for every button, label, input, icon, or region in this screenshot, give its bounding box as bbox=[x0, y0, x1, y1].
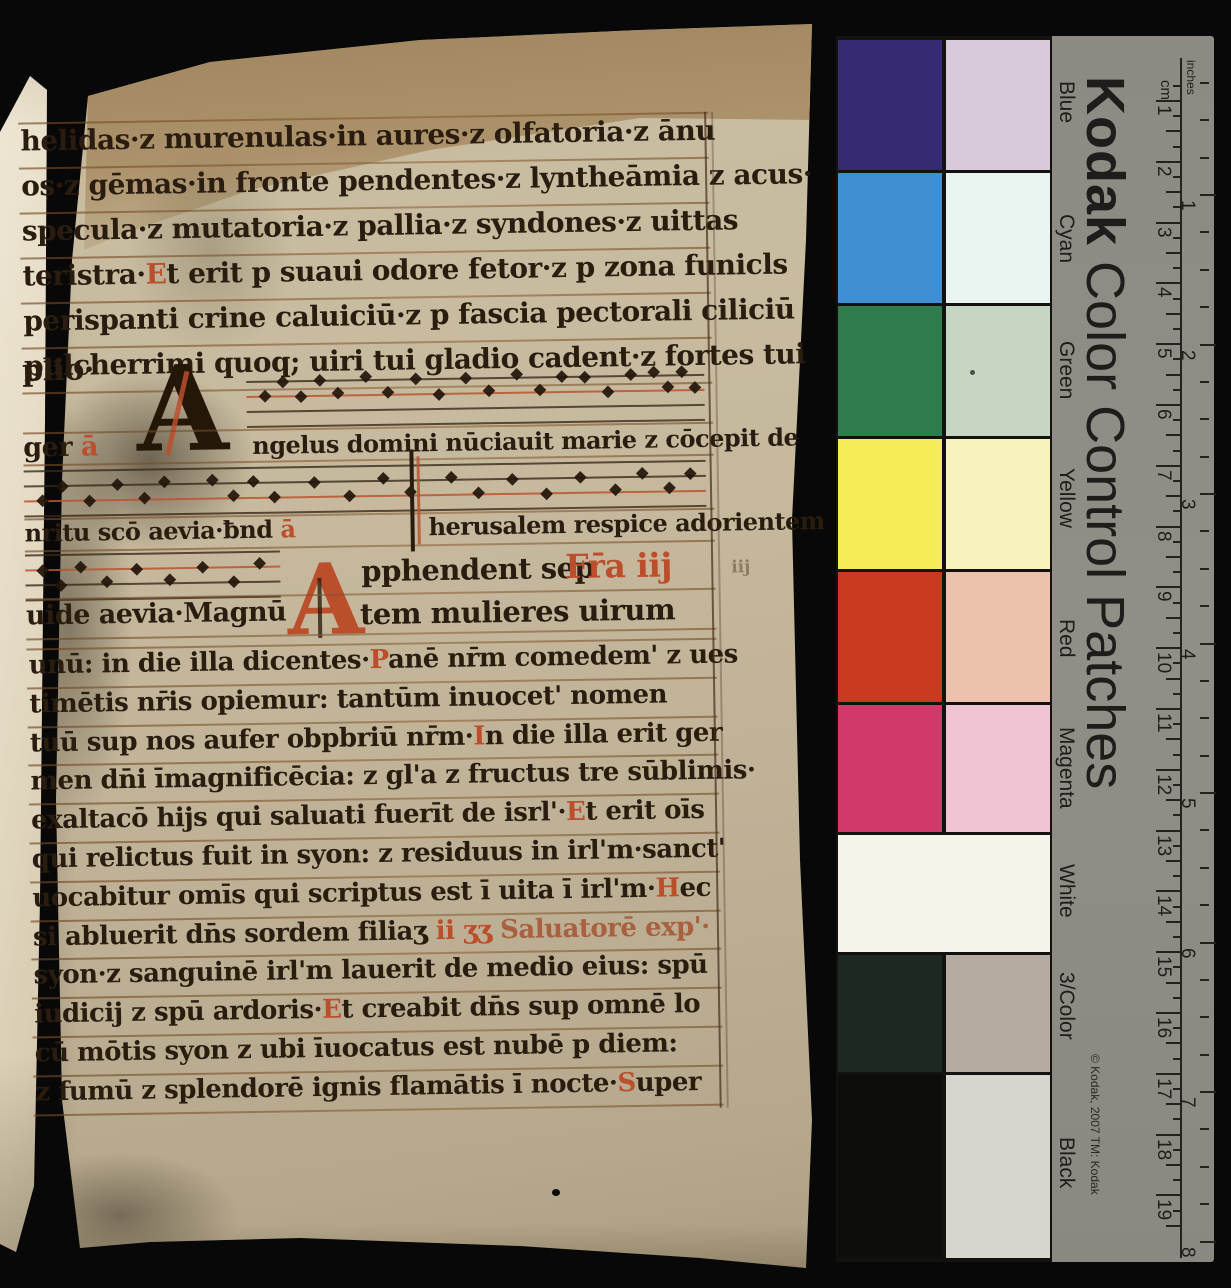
rubricated-text: H bbox=[655, 873, 680, 903]
color-patch-grid bbox=[836, 36, 1052, 1262]
ruler-tick bbox=[1200, 306, 1209, 308]
ruler-tick bbox=[1200, 344, 1216, 346]
patch-label-blue: Blue bbox=[1054, 81, 1078, 123]
ruler-number: 2 bbox=[1176, 350, 1198, 361]
patch-red-strong bbox=[838, 572, 942, 702]
ruler-tick bbox=[1173, 176, 1180, 178]
neume-note bbox=[663, 482, 676, 495]
ruler-tick bbox=[1200, 568, 1209, 570]
ruler-tick bbox=[1156, 830, 1180, 832]
ink-text: tem mulieres uirum bbox=[360, 592, 676, 631]
ruler-number: 14 bbox=[1152, 895, 1174, 916]
ink-text: nritu scō aevia·ƀnd bbox=[24, 515, 280, 548]
ruler-tick bbox=[1200, 1054, 1209, 1056]
ruler-tick bbox=[1173, 814, 1180, 816]
ruler-tick bbox=[1173, 754, 1180, 756]
ruler-tick bbox=[1166, 556, 1180, 558]
neume-note bbox=[445, 471, 458, 484]
ruler-number: 16 bbox=[1152, 1017, 1174, 1038]
patch-label-magenta: Magenta bbox=[1054, 727, 1078, 809]
ruler-tick bbox=[1200, 1166, 1209, 1168]
ink-text: uper bbox=[636, 1067, 702, 1098]
manuscript-line-lyric-spiritu: nritu scō aevia·ƀnd ā bbox=[24, 517, 295, 545]
ink-text: ec bbox=[679, 873, 711, 903]
ruler-number: 19 bbox=[1152, 1199, 1174, 1220]
ruler-tick bbox=[1200, 1091, 1216, 1093]
ruler-tick bbox=[1200, 829, 1209, 831]
ruler-tick bbox=[1156, 282, 1180, 284]
patch-label-green: Green bbox=[1054, 341, 1078, 399]
ruler-tick bbox=[1200, 942, 1216, 944]
ruler-tick bbox=[1173, 237, 1180, 239]
ruler-tick bbox=[1173, 1058, 1180, 1060]
ruler-tick bbox=[1166, 860, 1180, 862]
ink-text: si abluerit dn̄s sordem filiaʒ bbox=[33, 916, 428, 952]
rubricated-text: E bbox=[145, 257, 166, 290]
ruler-tick bbox=[1173, 966, 1180, 968]
ruler-number: 3 bbox=[1152, 227, 1174, 238]
ink-text: plio· bbox=[22, 352, 94, 388]
ruler-tick bbox=[1200, 605, 1209, 607]
neume-note bbox=[683, 467, 696, 480]
rubricated-text: Fr̄a iij bbox=[565, 545, 672, 586]
ink-text: tuū sup nos aufer obpbriū nr̄m· bbox=[30, 721, 474, 758]
ink-text: perispanti crine caluiciū·z p fascia pec… bbox=[23, 292, 795, 337]
ruler-tick bbox=[1200, 904, 1209, 906]
pen-flourished-initial-A-angelus: A bbox=[136, 349, 229, 468]
ruler-number: 13 bbox=[1152, 835, 1174, 856]
ruler-tick bbox=[1173, 1149, 1180, 1151]
neume-note bbox=[36, 564, 49, 577]
ruler-tick bbox=[1166, 313, 1180, 315]
ruler-tick bbox=[1173, 723, 1180, 725]
card-copyright: © Kodak, 2007 TM: Kodak bbox=[1088, 1054, 1102, 1195]
ruler-tick bbox=[1156, 708, 1180, 710]
ruler-tick bbox=[1173, 328, 1180, 330]
staff-line bbox=[247, 404, 705, 413]
ruler-tick bbox=[1173, 1088, 1180, 1090]
patch-blue-strong bbox=[838, 40, 942, 170]
patch-3-color-pale bbox=[946, 955, 1050, 1072]
neume-note bbox=[343, 490, 356, 503]
neume-note bbox=[541, 487, 554, 500]
ruler-cm-label: cm bbox=[1157, 80, 1174, 100]
neume-note bbox=[247, 475, 260, 488]
ink-text: teristra· bbox=[22, 258, 145, 293]
rubricated-text: S bbox=[617, 1068, 636, 1098]
ruler-number: 17 bbox=[1152, 1078, 1174, 1099]
patch-cyan-pale bbox=[946, 173, 1050, 303]
patch-yellow-strong bbox=[838, 439, 942, 569]
patch-yellow-pale bbox=[946, 439, 1050, 569]
manuscript-text-block: helidas·z murenulas·in aures·z olfatoria… bbox=[0, 0, 850, 1288]
ruler-tick bbox=[1166, 1042, 1180, 1044]
ruler-tick bbox=[1173, 389, 1180, 391]
staff-line bbox=[24, 475, 706, 488]
kodak-color-control-card: Kodak Color Control Patches © Kodak, 200… bbox=[836, 36, 1214, 1262]
ruler-tick bbox=[1166, 1225, 1180, 1227]
neume-note bbox=[432, 388, 445, 401]
ruler-tick bbox=[1166, 191, 1180, 193]
neume-note bbox=[111, 478, 124, 491]
ruler-tick bbox=[1166, 130, 1180, 132]
ruler-number: 10 bbox=[1152, 652, 1174, 673]
ruler-number: 7 bbox=[1152, 470, 1174, 481]
ruler-tick bbox=[1200, 194, 1216, 196]
ink-text: qui relictus fuit in syon: z residuus in… bbox=[32, 834, 726, 875]
ink-text: uide aevia·Magnū bbox=[26, 596, 287, 631]
neume-note bbox=[228, 575, 241, 588]
neume-note bbox=[36, 494, 49, 507]
ruler-tick bbox=[1200, 530, 1209, 532]
ink-text: ger bbox=[23, 432, 81, 464]
ruler-tick bbox=[1173, 1027, 1180, 1029]
ruler-tick bbox=[1156, 1134, 1180, 1136]
kodak-logo-text: Kodak bbox=[1075, 76, 1135, 246]
patch-label-cyan: Cyan bbox=[1054, 214, 1078, 263]
ruler-tick bbox=[1200, 643, 1216, 645]
ruler-tick bbox=[1173, 267, 1180, 269]
ruler-number: 6 bbox=[1152, 409, 1174, 420]
ruler-tick bbox=[1166, 434, 1180, 436]
ruler-number: 8 bbox=[1152, 531, 1174, 542]
rubricated-text: E bbox=[566, 797, 586, 827]
patch-blue-pale bbox=[946, 40, 1050, 170]
staff-line-red bbox=[24, 490, 706, 503]
neume-note bbox=[506, 473, 519, 486]
ruler-tick bbox=[1156, 1194, 1180, 1196]
ruler-number: 8 bbox=[1176, 1247, 1198, 1258]
ruler-tick bbox=[1200, 82, 1209, 84]
ruler-tick bbox=[1200, 1241, 1216, 1243]
patch-label-red: Red bbox=[1054, 619, 1078, 658]
manuscript-line-mulieres: tem mulieres uirum bbox=[360, 595, 676, 629]
staff-line-red bbox=[247, 389, 705, 398]
neume-note bbox=[56, 480, 69, 493]
neume-note bbox=[295, 390, 308, 403]
neume-note bbox=[197, 561, 210, 574]
ruler-number: 18 bbox=[1152, 1139, 1174, 1160]
neume-note bbox=[100, 575, 113, 588]
patch-green-pale bbox=[946, 306, 1050, 436]
ruler-tick bbox=[1156, 890, 1180, 892]
ruler-tick bbox=[1166, 617, 1180, 619]
ruler-tick bbox=[1200, 381, 1209, 383]
ruler-tick bbox=[1173, 693, 1180, 695]
ruler-tick bbox=[1173, 571, 1180, 573]
neume-note bbox=[609, 483, 622, 496]
patch-label-yellow: Yellow bbox=[1054, 468, 1078, 528]
card-title-rest: Color Control Patches bbox=[1075, 246, 1135, 789]
ruler-number: 4 bbox=[1176, 649, 1198, 660]
ruler-tick bbox=[1173, 997, 1180, 999]
neume-note bbox=[138, 492, 151, 505]
ruler-tick bbox=[1200, 867, 1209, 869]
rubricated-text: ii ʒʒ bbox=[427, 915, 500, 946]
ruler-tick bbox=[1173, 541, 1180, 543]
ruler-inches-label: inches bbox=[1184, 60, 1198, 95]
neume-note bbox=[130, 563, 143, 576]
neume-note bbox=[227, 489, 240, 502]
ruler-tick bbox=[1166, 1164, 1180, 1166]
ink-text: n die illa erit ger bbox=[485, 717, 723, 751]
ruler-tick bbox=[1156, 161, 1180, 163]
ink-text: pphendent sep bbox=[361, 551, 595, 589]
ruler-tick bbox=[1200, 456, 1209, 458]
ruler-tick bbox=[1200, 493, 1216, 495]
rubricated-text: E bbox=[322, 995, 342, 1025]
ruler-tick bbox=[1200, 755, 1209, 757]
manuscript-line-ger-a: ger ā bbox=[23, 433, 98, 461]
ruler-tick bbox=[1156, 769, 1180, 771]
neume-note bbox=[84, 495, 97, 508]
rubricated-text: ā bbox=[280, 514, 296, 543]
ruler-tick bbox=[1166, 982, 1180, 984]
ruler-tick bbox=[1200, 231, 1209, 233]
ruler-tick bbox=[1156, 465, 1180, 467]
patch-label-black: Black bbox=[1054, 1137, 1078, 1188]
ink-text: iudicij z spū ardoris· bbox=[34, 995, 322, 1030]
ruler-tick bbox=[1166, 374, 1180, 376]
patch-3-color-strong bbox=[838, 955, 942, 1072]
ruler-tick bbox=[1173, 906, 1180, 908]
patch-cyan-strong bbox=[838, 173, 942, 303]
staff-line-red bbox=[25, 566, 280, 572]
manuscript-line-apprehendent: pphendent sep bbox=[361, 554, 594, 587]
patch-black-pale bbox=[946, 1075, 1050, 1258]
ruler-tick bbox=[1173, 1179, 1180, 1181]
photographed-manuscript-scene: helidas·z murenulas·in aures·z olfatoria… bbox=[0, 0, 1231, 1288]
ruler-tick bbox=[1173, 875, 1180, 877]
ruler-tick bbox=[1156, 526, 1180, 528]
neume-note bbox=[54, 579, 67, 592]
patch-magenta-pale bbox=[946, 705, 1050, 832]
card-title: Kodak Color Control Patches bbox=[1074, 76, 1136, 789]
patch-black-strong bbox=[838, 1075, 942, 1258]
ruler-tick bbox=[1173, 632, 1180, 634]
ruler-tick bbox=[1200, 680, 1209, 682]
ink-text: anē nr̄m comedem' z ues bbox=[388, 639, 738, 674]
ruler-tick bbox=[1200, 157, 1209, 159]
ink-text: men dn̄i īmagnificēcia: z gl'a z fructus… bbox=[30, 755, 755, 796]
ruler-tick bbox=[1200, 1016, 1209, 1018]
neume-note bbox=[602, 385, 615, 398]
ruler-tick bbox=[1173, 1118, 1180, 1120]
patch-magenta-strong bbox=[838, 705, 942, 832]
ruler-tick bbox=[1173, 662, 1180, 664]
ink-text: t creabit dn̄s sup omnē lo bbox=[341, 989, 700, 1025]
ruler-number: 3 bbox=[1176, 499, 1198, 510]
manuscript-line-lyric-herusalem: herusalem respice adorientem bbox=[428, 509, 824, 539]
rubricated-text: I bbox=[473, 721, 485, 751]
ruler-tick bbox=[1173, 480, 1180, 482]
ink-text: herusalem respice adorientem bbox=[428, 506, 825, 541]
neume-note bbox=[164, 574, 177, 587]
ruler-tick bbox=[1200, 269, 1209, 271]
manuscript-line-feria-rubric: Fr̄a iij bbox=[565, 548, 672, 583]
ruler-tick bbox=[1200, 1128, 1209, 1130]
ruler-number: 1 bbox=[1152, 105, 1174, 116]
patch-green-strong bbox=[838, 306, 942, 436]
ruler-tick bbox=[1166, 252, 1180, 254]
ink-text: unū: in die illa dicentes· bbox=[28, 645, 369, 680]
ruler-tick bbox=[1173, 936, 1180, 938]
rubricated-text: ā bbox=[81, 431, 98, 462]
ruler-tick bbox=[1156, 222, 1180, 224]
ruler-tick bbox=[1173, 450, 1180, 452]
ruler-tick bbox=[1173, 1210, 1180, 1212]
ruler-tick bbox=[1156, 586, 1180, 588]
neume-note bbox=[308, 476, 321, 489]
ruler-tick bbox=[1200, 792, 1216, 794]
ruler-tick bbox=[1173, 845, 1180, 847]
rubricated-text: Saluatorē exp'· bbox=[500, 911, 710, 944]
ruler-tick bbox=[1173, 146, 1180, 148]
ruler-tick bbox=[1156, 1012, 1180, 1014]
ruler-tick bbox=[1173, 784, 1180, 786]
ink-text: os·z gēmas·in fronte pendentes·z lynthea… bbox=[21, 157, 812, 202]
patch-label-3-color: 3/Color bbox=[1054, 972, 1078, 1040]
manuscript-line-upper-3: specula·z mutatoria·z pallia·z syndones·… bbox=[22, 206, 739, 245]
ruler-tick bbox=[1156, 1073, 1180, 1075]
neume-note bbox=[74, 561, 87, 574]
ruler-number: 5 bbox=[1176, 798, 1198, 809]
patch-red-pale bbox=[946, 572, 1050, 702]
ruler-tick bbox=[1200, 1203, 1209, 1205]
ruler-number: 11 bbox=[1152, 713, 1174, 733]
ruler-number: 15 bbox=[1152, 956, 1174, 977]
neume-note bbox=[377, 472, 390, 485]
margin-faint-numeral: iij bbox=[731, 557, 750, 577]
patch-white-strong bbox=[838, 835, 1050, 952]
ruler-tick bbox=[1156, 100, 1180, 102]
neume-note bbox=[574, 471, 587, 484]
ruler-tick bbox=[1156, 343, 1180, 345]
ruler-tick bbox=[1200, 418, 1209, 420]
ruler-number: 4 bbox=[1152, 287, 1174, 298]
ruler-tick bbox=[1200, 717, 1209, 719]
ruler-tick bbox=[1200, 119, 1209, 121]
ruler-number: 9 bbox=[1152, 591, 1174, 602]
ruler-tick bbox=[1173, 602, 1180, 604]
ruler-tick bbox=[1173, 85, 1180, 87]
red-ascender-flourish bbox=[416, 456, 420, 544]
neume-note bbox=[268, 491, 281, 504]
staff-line bbox=[24, 460, 706, 473]
ruler-number: 5 bbox=[1152, 348, 1174, 359]
ruler-number: 12 bbox=[1152, 774, 1174, 795]
patch-label-white: White bbox=[1054, 864, 1078, 918]
rubricated-text: P bbox=[369, 645, 388, 675]
manuscript-line-upper-1: helidas·z murenulas·in aures·z olfatoria… bbox=[20, 117, 715, 156]
neume-note bbox=[258, 390, 271, 403]
ruler-number: 2 bbox=[1152, 166, 1174, 177]
ruler-number: 1 bbox=[1176, 200, 1198, 211]
ruler-tick bbox=[1173, 298, 1180, 300]
ruler-tick bbox=[1173, 510, 1180, 512]
ruler-number: 7 bbox=[1176, 1097, 1198, 1108]
ruler-tick bbox=[1200, 979, 1209, 981]
ruler-tick bbox=[1166, 921, 1180, 923]
card-speck bbox=[970, 370, 975, 375]
ruler-tick bbox=[1166, 678, 1180, 680]
neume-note bbox=[472, 486, 485, 499]
ruler-tick bbox=[1156, 404, 1180, 406]
ruler-tick bbox=[1173, 419, 1180, 421]
ruler-tick bbox=[1166, 495, 1180, 497]
ruler-tick bbox=[1166, 738, 1180, 740]
manuscript-line-plio: plio· bbox=[22, 355, 94, 386]
ruler-number: 6 bbox=[1176, 948, 1198, 959]
ruler-tick bbox=[1173, 115, 1180, 117]
manuscript-line-magnum: uide aevia·Magnū bbox=[26, 598, 287, 629]
ink-text: t erit oīs bbox=[585, 795, 705, 827]
